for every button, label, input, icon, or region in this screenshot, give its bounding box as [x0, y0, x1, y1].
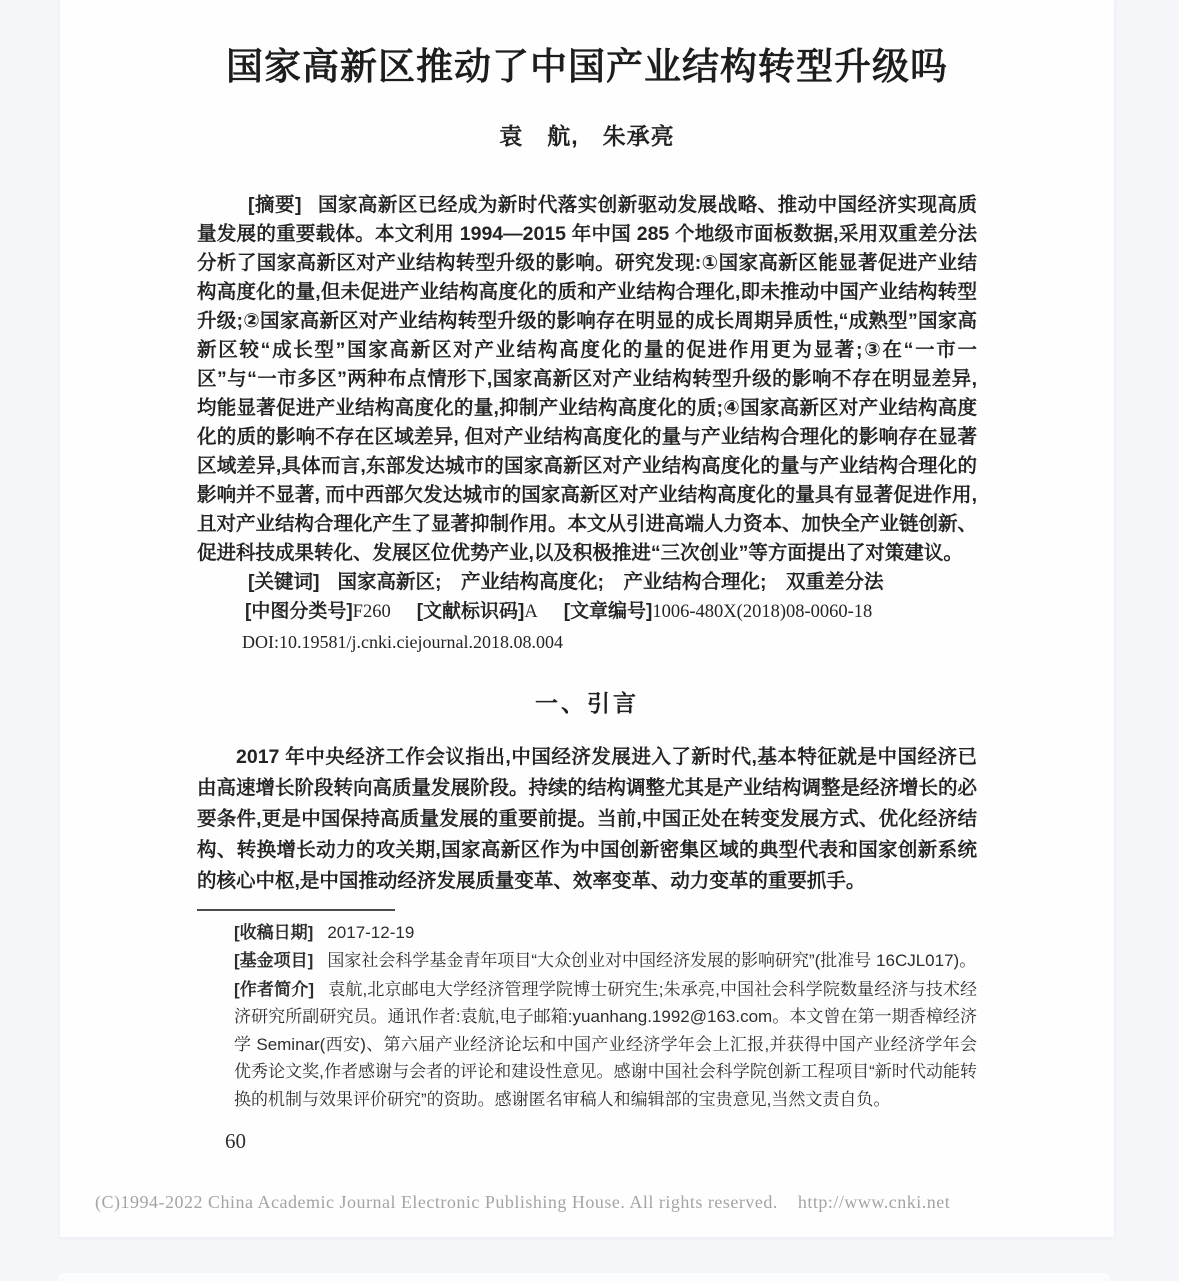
footnote-funding-label: [基金项目] — [234, 951, 313, 970]
footnote-divider — [197, 909, 395, 911]
footnote-author-bio-label: [作者简介] — [234, 980, 314, 999]
abstract-paragraph: [摘要]国家高新区已经成为新时代落实创新驱动发展战略、推动中国经济实现高质量发展… — [197, 191, 977, 568]
keywords-label: [关键词] — [248, 571, 320, 593]
doc-code-value: A — [524, 602, 537, 622]
page-number: 60 — [225, 1129, 977, 1154]
doc-code-label: [文献标识码] — [417, 601, 525, 622]
footnote-received-date: [收稿日期]2017-12-19 — [234, 919, 977, 947]
keywords-line: [关键词]国家高新区; 产业结构高度化; 产业结构合理化; 双重差分法 — [197, 568, 977, 597]
footnote-funding: [基金项目]国家社会科学基金青年项目“大众创业对中国经济发展的影响研究”(批准号… — [234, 947, 977, 975]
article-no-label: [文章编号] — [564, 601, 653, 622]
footnote-author-bio: [作者简介]袁航,北京邮电大学经济管理学院博士研究生;朱承亮,中国社会科学院数量… — [234, 976, 977, 1114]
clc-value: F260 — [353, 602, 391, 622]
keywords-text: 国家高新区; 产业结构高度化; 产业结构合理化; 双重差分法 — [338, 571, 884, 593]
scan-background: 国家高新区推动了中国产业结构转型升级吗 袁 航, 朱承亮 [摘要]国家高新区已经… — [0, 0, 1179, 1281]
footnote-received-date-text: 2017-12-19 — [327, 923, 414, 942]
next-page-edge — [58, 1273, 1110, 1281]
introduction-paragraph: 2017 年中央经济工作会议指出,中国经济发展进入了新时代,基本特征就是中国经济… — [197, 742, 977, 897]
document-page: 国家高新区推动了中国产业结构转型升级吗 袁 航, 朱承亮 [摘要]国家高新区已经… — [60, 0, 1114, 1237]
article-no-value: 1006-480X(2018)08-0060-18 — [652, 602, 872, 622]
classification-line: [中图分类号]F260[文献标识码]A[文章编号]1006-480X(2018)… — [197, 597, 977, 627]
article-authors: 袁 航, 朱承亮 — [197, 118, 977, 151]
abstract-text: 国家高新区已经成为新时代落实创新驱动发展战略、推动中国经济实现高质量发展的重要载… — [197, 194, 977, 564]
footnote-funding-text: 国家社会科学基金青年项目“大众创业对中国经济发展的影响研究”(批准号 16CJL… — [327, 951, 976, 970]
doi-line: DOI:10.19581/j.cnki.ciejournal.2018.08.0… — [197, 629, 977, 655]
abstract-label: [摘要] — [248, 194, 301, 216]
footnote-received-date-label: [收稿日期] — [234, 923, 313, 942]
section-heading-introduction: 一、引言 — [197, 685, 977, 718]
clc-label: [中图分类号] — [245, 601, 353, 622]
copyright-footer: (C)1994-2022 China Academic Journal Elec… — [95, 1192, 950, 1213]
footnotes-block: [收稿日期]2017-12-19 [基金项目]国家社会科学基金青年项目“大众创业… — [197, 919, 977, 1114]
footnote-author-bio-text: 袁航,北京邮电大学经济管理学院博士研究生;朱承亮,中国社会科学院数量经济与技术经… — [234, 980, 977, 1109]
article-title: 国家高新区推动了中国产业结构转型升级吗 — [197, 0, 977, 92]
